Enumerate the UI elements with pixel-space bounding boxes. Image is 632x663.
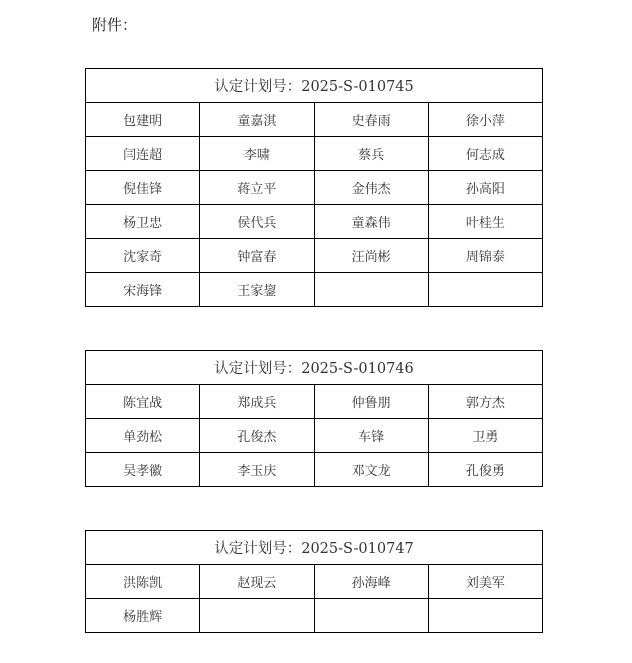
attachment-label: 附件：	[92, 14, 137, 35]
table-row: 宋海锋 王家鋆	[86, 273, 543, 307]
name-cell: 史春雨	[314, 103, 428, 137]
name-cell: 王家鋆	[200, 273, 314, 307]
name-cell: 吴孝徽	[86, 453, 200, 487]
table-row: 沈家奇 钟富春 汪尚彬 周锦泰	[86, 239, 543, 273]
name-cell: 闫连超	[86, 137, 200, 171]
name-cell: 孔俊勇	[428, 453, 542, 487]
plan-number-title: 认定计划号：2025-S-010746	[86, 351, 543, 385]
table-row: 杨胜辉	[86, 599, 543, 633]
name-cell: 杨胜辉	[86, 599, 200, 633]
name-cell: 童森伟	[314, 205, 428, 239]
table-row: 包建明 童嘉淇 史春雨 徐小萍	[86, 103, 543, 137]
name-cell: 陈宜战	[86, 385, 200, 419]
name-cell: 何志成	[428, 137, 542, 171]
name-cell: 金伟杰	[314, 171, 428, 205]
name-cell: 仲鲁朋	[314, 385, 428, 419]
name-cell: 孙海峰	[314, 565, 428, 599]
name-cell: 卫勇	[428, 419, 542, 453]
name-cell: 蔡兵	[314, 137, 428, 171]
name-cell: 宋海锋	[86, 273, 200, 307]
plan-number-title: 认定计划号：2025-S-010747	[86, 531, 543, 565]
empty-cell	[428, 273, 542, 307]
table-row: 洪陈凯 赵现云 孙海峰 刘美军	[86, 565, 543, 599]
name-cell: 倪佳锋	[86, 171, 200, 205]
table-row: 倪佳锋 蒋立平 金伟杰 孙高阳	[86, 171, 543, 205]
name-cell: 单劲松	[86, 419, 200, 453]
plan-table-010746: 认定计划号：2025-S-010746 陈宜战 郑成兵 仲鲁朋 郭方杰 单劲松 …	[85, 350, 543, 487]
name-cell: 童嘉淇	[200, 103, 314, 137]
name-cell: 李啸	[200, 137, 314, 171]
table-row: 单劲松 孔俊杰 车锋 卫勇	[86, 419, 543, 453]
plan-number-title: 认定计划号：2025-S-010745	[86, 69, 543, 103]
name-cell: 徐小萍	[428, 103, 542, 137]
name-cell: 郑成兵	[200, 385, 314, 419]
name-cell: 车锋	[314, 419, 428, 453]
name-cell: 李玉庆	[200, 453, 314, 487]
table-row: 闫连超 李啸 蔡兵 何志成	[86, 137, 543, 171]
name-cell: 叶桂生	[428, 205, 542, 239]
empty-cell	[428, 599, 542, 633]
name-cell: 赵现云	[200, 565, 314, 599]
name-cell: 周锦泰	[428, 239, 542, 273]
name-cell: 刘美军	[428, 565, 542, 599]
plan-table-010747: 认定计划号：2025-S-010747 洪陈凯 赵现云 孙海峰 刘美军 杨胜辉	[85, 530, 543, 633]
name-cell: 钟富春	[200, 239, 314, 273]
table-title-row: 认定计划号：2025-S-010747	[86, 531, 543, 565]
name-cell: 沈家奇	[86, 239, 200, 273]
empty-cell	[200, 599, 314, 633]
empty-cell	[314, 599, 428, 633]
table-row: 杨卫忠 侯代兵 童森伟 叶桂生	[86, 205, 543, 239]
name-cell: 包建明	[86, 103, 200, 137]
name-cell: 孔俊杰	[200, 419, 314, 453]
name-cell: 蒋立平	[200, 171, 314, 205]
name-cell: 汪尚彬	[314, 239, 428, 273]
empty-cell	[314, 273, 428, 307]
name-cell: 孙高阳	[428, 171, 542, 205]
name-cell: 侯代兵	[200, 205, 314, 239]
plan-table-010745: 认定计划号：2025-S-010745 包建明 童嘉淇 史春雨 徐小萍 闫连超 …	[85, 68, 543, 307]
table-title-row: 认定计划号：2025-S-010745	[86, 69, 543, 103]
name-cell: 杨卫忠	[86, 205, 200, 239]
name-cell: 洪陈凯	[86, 565, 200, 599]
table-title-row: 认定计划号：2025-S-010746	[86, 351, 543, 385]
name-cell: 邓文龙	[314, 453, 428, 487]
table-row: 陈宜战 郑成兵 仲鲁朋 郭方杰	[86, 385, 543, 419]
name-cell: 郭方杰	[428, 385, 542, 419]
table-row: 吴孝徽 李玉庆 邓文龙 孔俊勇	[86, 453, 543, 487]
